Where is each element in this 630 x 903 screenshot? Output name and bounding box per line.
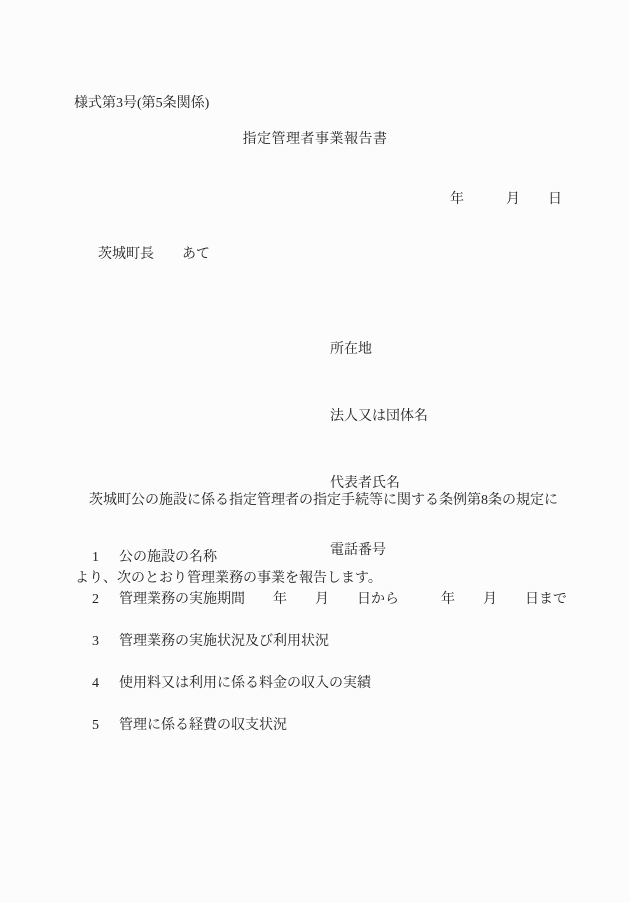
list-item-number: 3: [92, 634, 119, 650]
list-item-fee-revenue-results: 4使用料又は利用に係る料金の収入の実績: [78, 660, 371, 708]
list-item-text: 管理業務の実施期間 年 月 日から 年 月 日まで: [119, 592, 567, 607]
list-item-management-period: 2管理業務の実施期間 年 月 日から 年 月 日まで: [78, 576, 567, 624]
document-title: 指定管理者事業報告書: [0, 132, 630, 148]
list-item-number: 5: [92, 718, 119, 734]
list-item-number: 1: [92, 550, 119, 566]
list-item-text: 管理に係る経費の収支状況: [119, 718, 287, 733]
sender-field-organization-name: 法人又は団体名: [330, 406, 428, 428]
list-item-number: 4: [92, 676, 119, 692]
list-item-number: 2: [92, 592, 119, 608]
list-item-text: 管理業務の実施状況及び利用状況: [119, 634, 329, 649]
list-item-expense-balance-status: 5管理に係る経費の収支状況: [78, 702, 287, 750]
list-item-text: 公の施設の名称: [119, 550, 217, 565]
sender-field-location: 所在地: [330, 339, 428, 361]
list-item-text: 使用料又は利用に係る料金の収入の実績: [119, 676, 371, 691]
form-number: 様式第3号(第5条関係): [74, 96, 209, 112]
list-item-implementation-usage-status: 3管理業務の実施状況及び利用状況: [78, 618, 329, 666]
list-item-facility-name: 1公の施設の名称: [78, 534, 217, 582]
body-paragraph-line-1: 茨城町公の施設に係る指定管理者の指定手続等に関する条例第8条の規定に: [75, 488, 558, 514]
report-form-page: 様式第3号(第5条関係) 指定管理者事業報告書 年 月 日 茨城町長 あて 所在…: [0, 0, 630, 903]
date-line: 年 月 日: [450, 192, 562, 208]
addressee-line: 茨城町長 あて: [98, 247, 210, 263]
